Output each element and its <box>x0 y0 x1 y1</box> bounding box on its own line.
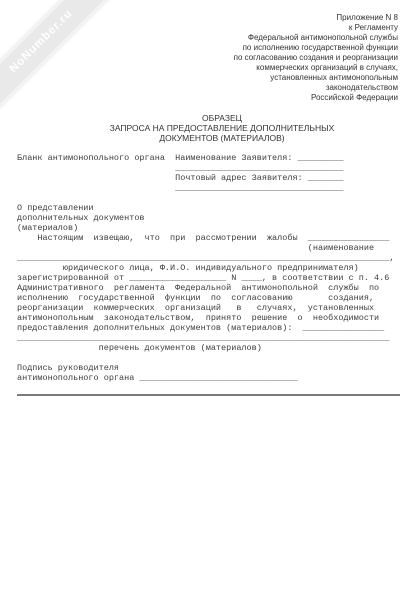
form-line: Бланк антимонопольного органа Наименован… <box>17 153 394 163</box>
form-line: Настоящим извещаю, что при рассмотрении … <box>17 233 394 243</box>
form-line: (материалов) <box>17 223 394 233</box>
form-line: ________________________________________… <box>17 253 394 263</box>
form-line: _________________________________ <box>17 183 394 193</box>
form-line: предоставления дополнительных документов… <box>17 323 394 333</box>
form-line: антимонопольным законодательством, приня… <box>17 313 394 323</box>
header-line: по согласованию создания и реорганизации <box>234 53 398 63</box>
form-line: ________________________________________… <box>17 333 394 343</box>
form-line: исполнению государственной функции по со… <box>17 293 394 303</box>
form-line: (наименование <box>17 243 394 253</box>
form-line: _________________________________ <box>17 163 394 173</box>
header-line: Федеральной антимонопольной службы <box>234 33 398 43</box>
document-title: ОБРАЗЕЦЗАПРОСА НА ПРЕДОСТАВЛЕНИЕ ДОПОЛНИ… <box>0 113 420 143</box>
watermark-text: NoNumber.ru <box>8 8 75 75</box>
title-line: ОБРАЗЕЦ <box>24 113 420 123</box>
form-line: Почтовый адрес Заявителя: _______ <box>17 173 394 183</box>
header-line: по исполнению государственной функции <box>234 43 398 53</box>
form-line: перечень документов (материалов) <box>17 343 394 353</box>
form-line: юридического лица, Ф.И.О. индивидуальног… <box>17 263 394 273</box>
header-line: законодательством <box>234 83 398 93</box>
header-line: коммерческих организаций в случаях, <box>234 63 398 73</box>
form-line: Административного регламента Федеральной… <box>17 283 394 293</box>
form-line: зарегистрированной от __________________… <box>17 273 394 283</box>
bottom-divider <box>17 394 400 396</box>
form-line: дополнительных документов <box>17 213 394 223</box>
form-line: антимонопольного органа ________________… <box>17 373 394 383</box>
form-line <box>17 353 394 363</box>
title-line: ДОКУМЕНТОВ (МАТЕРИАЛОВ) <box>24 133 420 143</box>
document-page: NoNumber.ru Приложение N 8к РегламентуФе… <box>0 0 420 600</box>
watermark-ribbon: NoNumber.ru <box>0 0 111 111</box>
form-line: Подпись руководителя <box>17 363 394 373</box>
header-line: установленных антимонопольным <box>234 73 398 83</box>
form-line: реорганизации коммерческих организаций в… <box>17 303 394 313</box>
header-line: к Регламенту <box>234 23 398 33</box>
form-line <box>17 193 394 203</box>
appendix-header: Приложение N 8к РегламентуФедеральной ан… <box>234 13 398 103</box>
form-body: Бланк антимонопольного органа Наименован… <box>17 153 394 383</box>
header-line: Приложение N 8 <box>234 13 398 23</box>
title-line: ЗАПРОСА НА ПРЕДОСТАВЛЕНИЕ ДОПОЛНИТЕЛЬНЫХ <box>24 123 420 133</box>
form-line: О представлении <box>17 203 394 213</box>
header-line: Российской Федерации <box>234 93 398 103</box>
